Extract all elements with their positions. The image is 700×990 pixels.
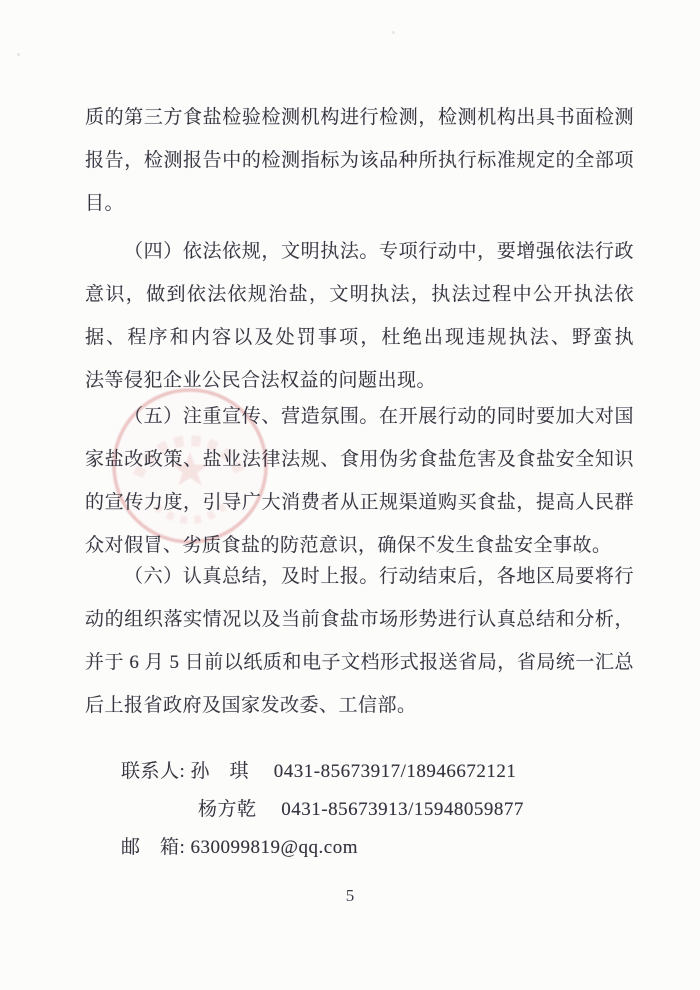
text-line: 目。 bbox=[85, 182, 634, 225]
text-line: 并于 6 月 5 日前以纸质和电子文档形式报送省局，省局统一汇总 bbox=[85, 641, 634, 684]
contact-block: 联系人: 孙 琪 0431-85673917/18946672121 杨方乾 0… bbox=[121, 753, 641, 867]
text-line: 据、程序和内容以及处罚事项，杜绝出现违规执法、野蛮执 bbox=[85, 316, 634, 359]
contact-person-line-1: 联系人: 孙 琪 0431-85673917/18946672121 bbox=[121, 753, 641, 791]
contact-person-line-2: 杨方乾 0431-85673913/15948059877 bbox=[121, 791, 641, 829]
text-line: （六）认真总结，及时上报。行动结束后，各地区局要将行 bbox=[85, 555, 634, 598]
scan-noise-speck bbox=[392, 31, 395, 34]
text-line: 报告，检测报告中的检测指标为该品种所执行标准规定的全部项 bbox=[85, 139, 634, 182]
page-number: 5 bbox=[0, 886, 700, 906]
body-paragraph-item-5: （五）注重宣传、营造氛围。在开展行动的同时要加大对国 家盐改政策、盐业法律法规、… bbox=[85, 395, 634, 567]
text-line: 意识，做到依法依规治盐，文明执法，执法过程中公开执法依 bbox=[85, 273, 634, 316]
text-line: （四）依法依规，文明执法。专项行动中，要增强依法行政 bbox=[85, 230, 634, 273]
text-line: 家盐改政策、盐业法律法规、食用伪劣食盐危害及食盐安全知识 bbox=[85, 438, 634, 481]
body-paragraph-item-4: （四）依法依规，文明执法。专项行动中，要增强依法行政 意识，做到依法依规治盐，文… bbox=[85, 230, 634, 402]
text-line: 的宣传力度，引导广大消费者从正规渠道购买食盐，提高人民群 bbox=[85, 481, 634, 524]
body-paragraph-item-6: （六）认真总结，及时上报。行动结束后，各地区局要将行 动的组织落实情况以及当前食… bbox=[85, 555, 634, 727]
scan-noise-speck bbox=[17, 53, 20, 56]
text-line: 质的第三方食盐检验检测机构进行检测，检测机构出具书面检测 bbox=[85, 96, 634, 139]
document-page: 质的第三方食盐检验检测机构进行检测，检测机构出具书面检测 报告，检测报告中的检测… bbox=[0, 0, 700, 990]
contact-email-line: 邮 箱: 630099819@qq.com bbox=[121, 829, 641, 867]
body-paragraph-continuation: 质的第三方食盐检验检测机构进行检测，检测机构出具书面检测 报告，检测报告中的检测… bbox=[85, 96, 634, 225]
text-line: （五）注重宣传、营造氛围。在开展行动的同时要加大对国 bbox=[85, 395, 634, 438]
text-line: 动的组织落实情况以及当前食盐市场形势进行认真总结和分析， bbox=[85, 598, 634, 641]
text-line: 后上报省政府及国家发改委、工信部。 bbox=[85, 684, 634, 727]
